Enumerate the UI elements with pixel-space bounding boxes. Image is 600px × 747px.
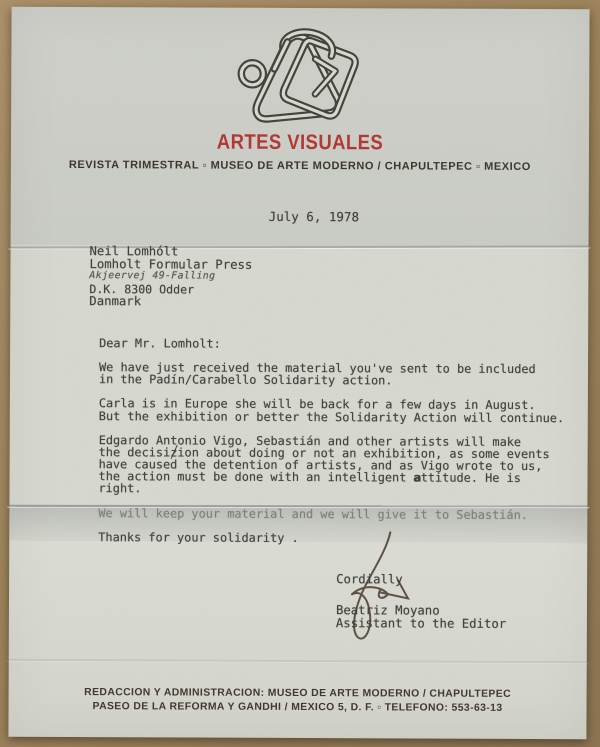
handwritten-signature: [324, 528, 435, 653]
recipient-line: Danmark: [89, 295, 252, 308]
letterhead-footer: REDACCION Y ADMINISTRACION: MUSEO DE ART…: [9, 686, 587, 716]
photo-of-letter: { "header": { "brand": "ARTES VISUALES",…: [0, 0, 600, 747]
paragraph: Carla is in Europe she will be back for …: [99, 398, 573, 424]
letterhead-tagline: REVISTA TRIMESTRAL ▫ MUSEO DE ARTE MODER…: [11, 159, 589, 174]
paragraph: We have just received the material you'v…: [99, 361, 573, 387]
body-line: We will keep your material and we will g…: [98, 507, 572, 521]
letter-date: July 6, 1978: [269, 209, 359, 224]
paragraph: Edgardo Antonio Vigo, Sebastián and othe…: [98, 434, 572, 497]
recipient-block: Neil LomhóltLomholt Formular PressAkjeer…: [89, 245, 252, 309]
letter-body: We have just received the material you'v…: [98, 361, 573, 545]
signer-title: Assistant to the Editor: [336, 617, 506, 631]
signer-block: Beatriz Moyano Assistant to the Editor: [336, 604, 506, 631]
body-line: the action must be done with an intellig…: [99, 470, 573, 484]
artes-visuales-logo-icon: [225, 28, 375, 135]
salutation: Dear Mr. Lomholt:: [99, 337, 573, 351]
body-line: But the exhibition or better the Solidar…: [99, 410, 573, 424]
letter-body-block: Dear Mr. Lomholt: We have just received …: [98, 337, 573, 545]
recipient-line: Lomholt Formular Press: [89, 258, 252, 271]
letter-paper: ARTES VISUALES REVISTA TRIMESTRAL ▫ MUSE…: [8, 7, 589, 740]
paragraph: We will keep your material and we will g…: [98, 507, 572, 521]
closing-line: Cordially: [336, 572, 403, 586]
brand-title: ARTES VISUALES: [46, 130, 555, 156]
footer-line-2: PASEO DE LA REFORMA Y GANDHI / MEXICO 5,…: [9, 699, 587, 715]
